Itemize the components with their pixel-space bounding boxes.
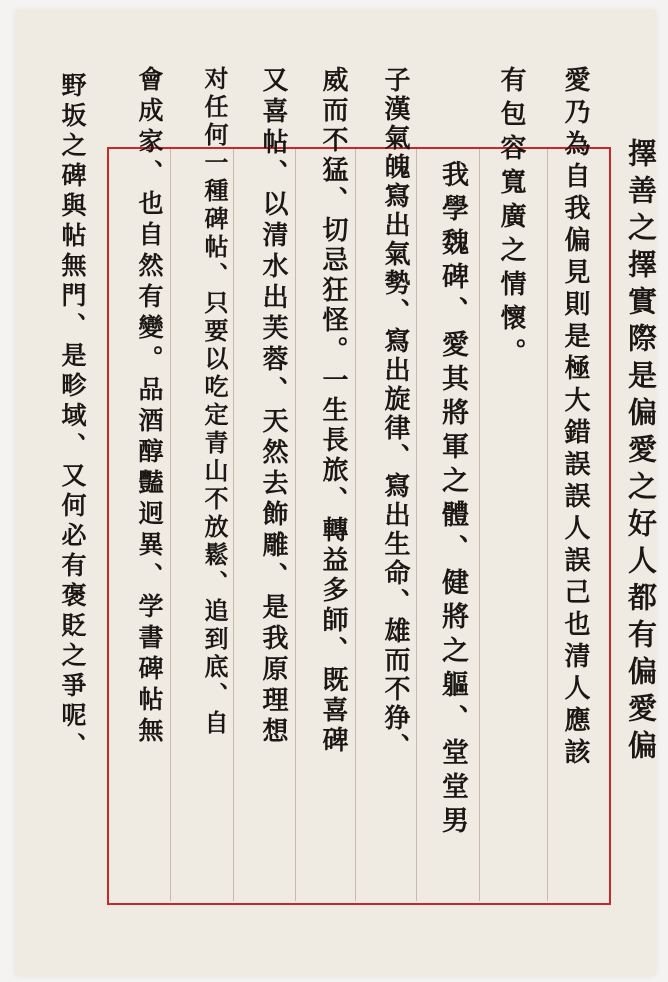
- text-column-9: 會成家、也自然有變。品酒醇豔迥異、学書碑帖無: [102, 66, 162, 748]
- text-column-5: 子漢氣魄寫出氣勢、寫出旋律、寫出生命、雄而不狰、: [348, 66, 408, 762]
- text-column-4: 我學魏碑、愛其將軍之體、健將之軀、堂堂男: [406, 160, 466, 840]
- text-column-6: 威而不猛、切忌狂怪。一生長旅、轉益多師、既喜碑: [286, 66, 346, 756]
- text-column-10: 野坂之碑與帖無門、是畛域、又何必有褒貶之爭呢、: [25, 72, 85, 762]
- text-column-2: 愛乃為自我偏見則是極大錯誤誤人誤己也清人應該: [528, 66, 588, 770]
- text-column-3: 有包容寬廣之情懷。: [464, 66, 524, 372]
- text-column-1: 擇善之擇實際是偏愛之好人都有偏愛偏: [595, 138, 655, 767]
- text-column-7: 又喜帖、以清水出芙蓉、天然去飾雕、是我原理想: [226, 66, 286, 748]
- manuscript-page: 擇善之擇實際是偏愛之好人都有偏愛偏 愛乃為自我偏見則是極大錯誤誤人誤己也清人應該…: [15, 10, 656, 976]
- text-column-8: 对任何一種碑帖、只要以吃定青山不放鬆、追到底、自: [166, 66, 226, 738]
